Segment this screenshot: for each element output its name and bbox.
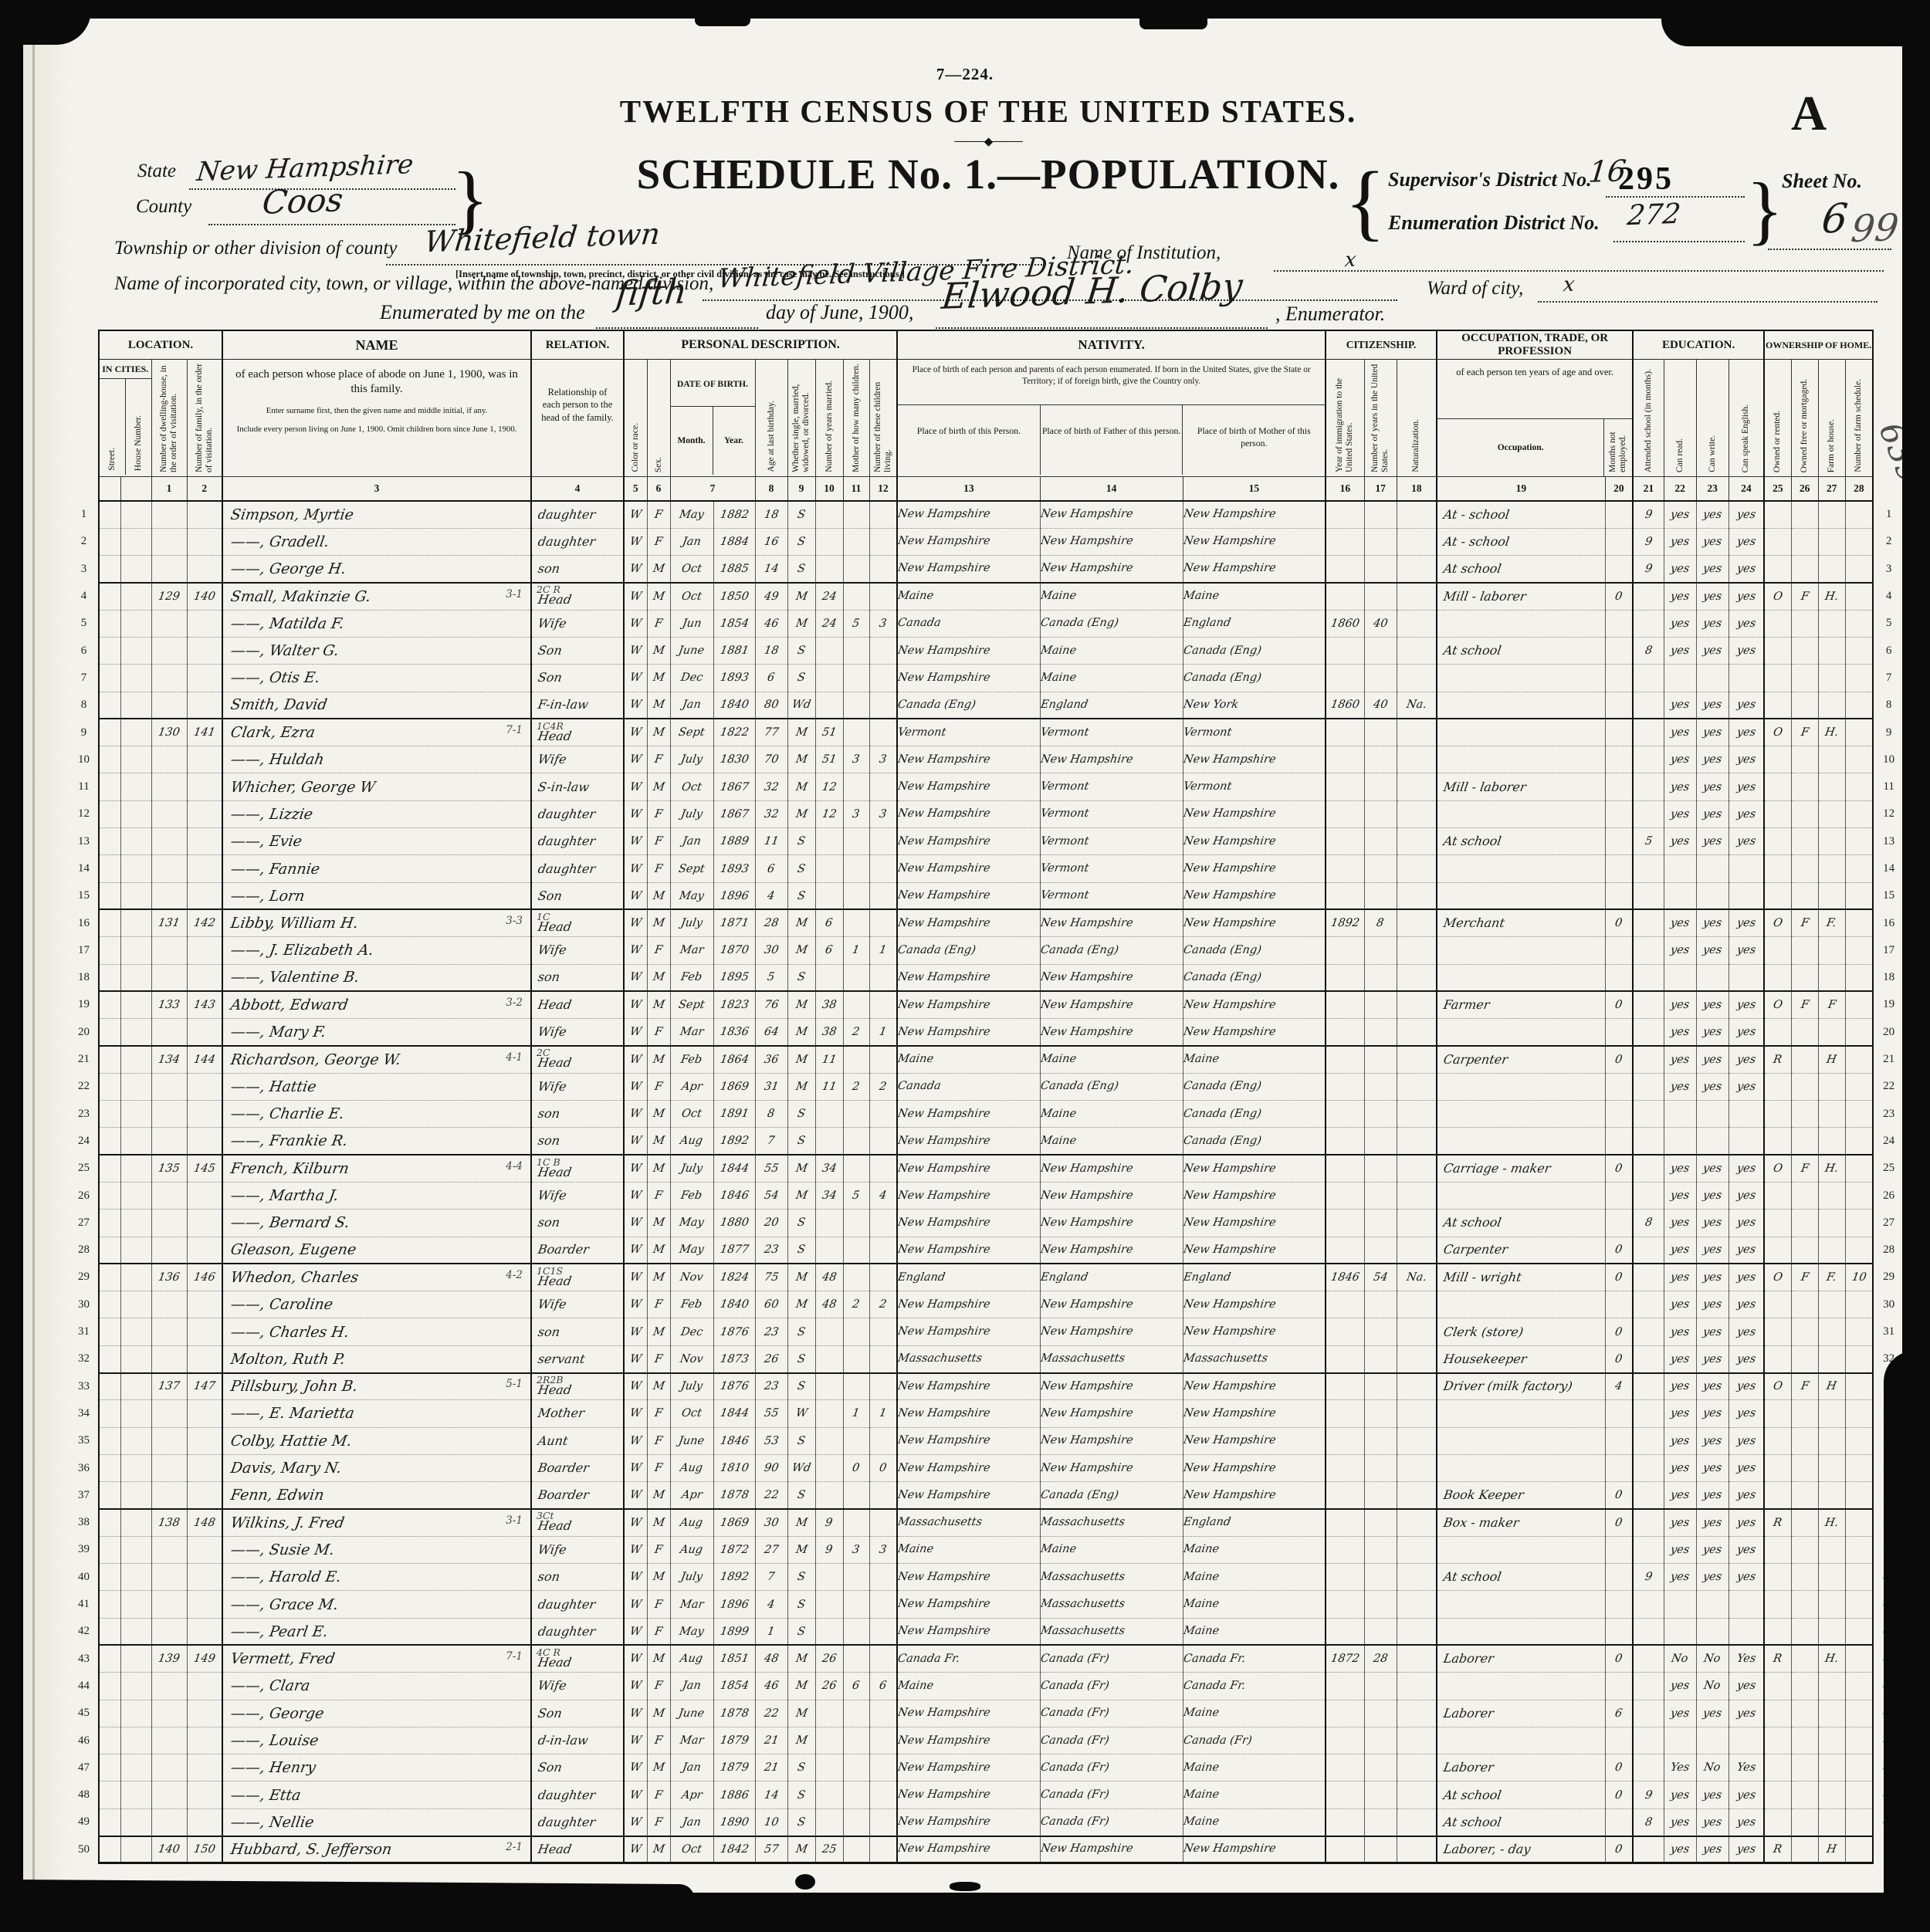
- cell-dw: 135: [151, 1155, 187, 1182]
- cell-mo: Mar: [670, 937, 713, 964]
- handwritten-value: yes: [1702, 808, 1723, 821]
- cell-mo: June: [670, 637, 713, 664]
- handwritten-value: Head: [531, 1274, 573, 1288]
- cell-occ: At - school: [1437, 501, 1605, 528]
- cell-rel: Wife: [531, 1073, 624, 1100]
- cell-sc: [1633, 1727, 1664, 1754]
- cell-ml: [869, 855, 897, 882]
- table-row: 8Smith, DavidF-in-lawWMJan184080WdCanada…: [69, 692, 1904, 719]
- cell-rel: Son: [531, 1754, 624, 1781]
- handwritten-value: New Hampshire: [897, 562, 991, 574]
- handwritten-value: New Hampshire: [1182, 1434, 1276, 1446]
- handwritten-value: M: [652, 1326, 665, 1338]
- cell-yu: [1364, 1482, 1397, 1509]
- cell-house: [120, 1536, 151, 1563]
- cell-dw: [151, 1237, 187, 1264]
- cell-street: [99, 1155, 120, 1182]
- handwritten-value: No: [1671, 1653, 1689, 1665]
- handwritten-value: 57: [764, 1843, 780, 1856]
- handwritten-value: Mar: [679, 1734, 705, 1747]
- cell-ow: [1764, 1536, 1791, 1563]
- handwritten-value: 1844: [719, 1407, 749, 1419]
- handwritten-value: Canada (Eng): [1039, 944, 1119, 956]
- handwritten-value: yes: [1670, 1216, 1691, 1229]
- table-row: 191331433-2Abbott, EdwardHeadWMSept18237…: [69, 991, 1904, 1018]
- cell-c: W: [624, 828, 647, 855]
- cell-fs: [1845, 1536, 1873, 1563]
- handwritten-value: Na.: [1406, 1271, 1427, 1284]
- enumerated-label-1: Enumerated by me on the: [380, 301, 585, 324]
- handwritten-value: 1880: [719, 1216, 749, 1229]
- cell-mo: Oct: [670, 773, 713, 800]
- handwritten-value: 11: [821, 1054, 838, 1066]
- cell-yr: 1842: [713, 1836, 755, 1863]
- cell-occ: [1437, 1182, 1605, 1209]
- row-number-left: 41: [69, 1591, 99, 1618]
- cell-fh: [1818, 828, 1845, 855]
- row-number-left: 47: [69, 1754, 99, 1781]
- cell-na: [1397, 1591, 1437, 1618]
- cell-ow: [1764, 1318, 1791, 1345]
- handwritten-value: yes: [1670, 781, 1691, 793]
- cell-fm: [1791, 800, 1818, 827]
- handwritten-value: ——, George H.: [222, 560, 347, 577]
- handwritten-value: W: [629, 1243, 642, 1256]
- cell-fpb: Massachusetts: [1040, 1345, 1183, 1372]
- cell-im: [1326, 800, 1364, 827]
- handwritten-value: New Hampshire: [1039, 1298, 1133, 1311]
- handwritten-value: Head: [531, 1382, 573, 1397]
- row-number-left: 4: [69, 583, 99, 610]
- cell-fh: [1818, 1754, 1845, 1781]
- cell-fh: [1818, 1210, 1845, 1237]
- handwritten-value: 6: [824, 944, 834, 956]
- handwritten-value: New Hampshire: [897, 1108, 991, 1120]
- cell-fpb: Vermont: [1040, 855, 1183, 882]
- handwritten-value: 1842: [719, 1843, 749, 1856]
- cell-ym: [815, 1400, 843, 1427]
- cell-sc: 8: [1633, 637, 1664, 664]
- cell-sc: 5: [1633, 828, 1664, 855]
- handwritten-value: M: [652, 1380, 665, 1392]
- cell-age: 80: [755, 692, 787, 719]
- cell-ml: [869, 501, 897, 528]
- enumerated-label-2: day of June, 1900,: [766, 301, 913, 324]
- handwritten-value: 36: [764, 1054, 780, 1066]
- cell-rel: Head: [531, 991, 624, 1018]
- handwritten-value: Vermont: [1039, 807, 1089, 820]
- cell-un: [1605, 1291, 1633, 1318]
- handwritten-value: yes: [1670, 1407, 1691, 1419]
- cell-house: [120, 637, 151, 664]
- handwritten-value: 1893: [719, 672, 749, 684]
- cell-im: 1860: [1326, 610, 1364, 637]
- row-number-left: 32: [69, 1345, 99, 1372]
- handwritten-value: 0: [1614, 1054, 1624, 1066]
- cell-sc: [1633, 1019, 1664, 1046]
- col-header-sex: Sex.: [647, 360, 670, 477]
- cell-fh: [1818, 1427, 1845, 1454]
- cell-mpb: Canada (Eng): [1183, 1073, 1326, 1100]
- cell-en: yes: [1729, 1400, 1764, 1427]
- handwritten-value: 53: [764, 1435, 780, 1447]
- cell-house: [120, 1264, 151, 1291]
- cell-name: ——, Henry: [222, 1754, 531, 1781]
- handwritten-value: 26: [764, 1353, 780, 1365]
- cell-ym: 51: [815, 746, 843, 773]
- cell-na: [1397, 1564, 1437, 1591]
- cell-age: 75: [755, 1264, 787, 1291]
- colnum-1: 1: [151, 477, 187, 502]
- cell-street: [99, 991, 120, 1018]
- cell-ml: [869, 1564, 897, 1591]
- cell-c: W: [624, 1727, 647, 1754]
- cell-fs: [1845, 800, 1873, 827]
- handwritten-value: Massachusetts: [897, 1516, 983, 1528]
- cell-wr: yes: [1696, 746, 1729, 773]
- handwritten-value: F: [654, 1026, 664, 1038]
- handwritten-value: New Hampshire: [897, 917, 991, 929]
- cell-fh: [1818, 773, 1845, 800]
- cell-fpb: New Hampshire: [1040, 1373, 1183, 1400]
- handwritten-value: M: [652, 1271, 665, 1284]
- cell-wr: yes: [1696, 1019, 1729, 1046]
- cell-occ: [1437, 1073, 1605, 1100]
- cell-na: [1397, 828, 1437, 855]
- cell-ow: [1764, 1073, 1791, 1100]
- cell-mb: 3: [843, 800, 869, 827]
- cell-ow: [1764, 610, 1791, 637]
- handwritten-value: England: [1039, 1271, 1089, 1284]
- handwritten-value: Maine: [897, 1680, 935, 1692]
- handwritten-value: Maine: [1039, 645, 1077, 657]
- handwritten-value: yes: [1735, 1707, 1756, 1720]
- handwritten-value: 1860: [1330, 699, 1360, 711]
- handwritten-value: 90: [764, 1462, 780, 1474]
- cell-rel: daughter: [531, 855, 624, 882]
- cell-ym: [815, 501, 843, 528]
- cell-m: S: [787, 1809, 815, 1836]
- handwritten-value: yes: [1670, 1271, 1691, 1284]
- cell-yu: [1364, 1727, 1397, 1754]
- cell-ym: [815, 1237, 843, 1264]
- handwritten-value: 31: [764, 1081, 780, 1093]
- cell-dw: [151, 746, 187, 773]
- cell-mpb: Maine: [1183, 1618, 1326, 1645]
- handwritten-value: yes: [1702, 1789, 1723, 1802]
- cell-dw: [151, 1073, 187, 1100]
- cell-yu: [1364, 1700, 1397, 1727]
- cell-sc: 8: [1633, 1809, 1664, 1836]
- table-row: 32Molton, Ruth P.servantWFNov187326SMass…: [69, 1345, 1904, 1372]
- cell-age: 49: [755, 583, 787, 610]
- row-number-left: 26: [69, 1182, 99, 1209]
- cell-ml: 1: [869, 937, 897, 964]
- cell-na: [1397, 556, 1437, 583]
- cell-yr: 1893: [713, 665, 755, 692]
- cell-wr: yes: [1696, 1427, 1729, 1454]
- cell-ow: [1764, 1482, 1791, 1509]
- cell-un: [1605, 1128, 1633, 1155]
- table-row: 48——, EttadaughterWFApr188614SNew Hampsh…: [69, 1781, 1904, 1809]
- handwritten-value: Laborer: [1437, 1706, 1495, 1721]
- handwritten-value: Maine: [1039, 1135, 1077, 1147]
- cell-wr: [1696, 882, 1729, 909]
- cell-ml: [869, 1836, 897, 1863]
- handwritten-value: Canada (Fr): [1039, 1761, 1109, 1774]
- handwritten-value: Apr: [680, 1789, 703, 1802]
- cell-ml: 1: [869, 1400, 897, 1427]
- cell-dw: [151, 501, 187, 528]
- cell-im: [1326, 1700, 1364, 1727]
- table-row: 26——, Martha J.WifeWFFeb184654M3454New H…: [69, 1182, 1904, 1209]
- colnum-8: 8: [755, 477, 787, 502]
- cell-fm: [1791, 1536, 1818, 1563]
- cell-fh: [1818, 1073, 1845, 1100]
- cell-na: [1397, 1291, 1437, 1318]
- handwritten-value: 20: [764, 1216, 780, 1229]
- cell-name: Simpson, Myrtie: [222, 501, 531, 528]
- cell-ow: [1764, 1427, 1791, 1454]
- cell-s: M: [647, 1373, 670, 1400]
- cell-mb: [843, 1237, 869, 1264]
- cell-street: [99, 1264, 120, 1291]
- cell-house: [120, 610, 151, 637]
- cell-yr: 1878: [713, 1482, 755, 1509]
- handwritten-value: New Hampshire: [1039, 1026, 1133, 1038]
- handwritten-value: 1871: [719, 917, 749, 929]
- cell-c: W: [624, 1237, 647, 1264]
- handwritten-value: M: [794, 590, 808, 603]
- cell-c: W: [624, 1318, 647, 1345]
- cell-en: yes: [1729, 528, 1764, 555]
- cell-s: M: [647, 692, 670, 719]
- cell-street: [99, 1781, 120, 1809]
- handwritten-value: F: [1800, 1162, 1810, 1175]
- handwritten-value: yes: [1702, 1489, 1723, 1501]
- handwritten-value: New Hampshire: [1039, 508, 1133, 520]
- cell-occ: [1437, 1673, 1605, 1700]
- cell-rel: Boarder: [531, 1482, 624, 1509]
- cell-en: yes: [1729, 1291, 1764, 1318]
- cell-m: M: [787, 1046, 815, 1073]
- row-number-left: 29: [69, 1264, 99, 1291]
- cell-yr: 1885: [713, 556, 755, 583]
- row-number-left: 34: [69, 1400, 99, 1427]
- handwritten-value: 0: [852, 1462, 861, 1474]
- cell-rel: son: [531, 1564, 624, 1591]
- handwritten-value: Wd: [791, 1462, 812, 1474]
- handwritten-value: 5: [852, 617, 861, 630]
- cell-na: [1397, 1700, 1437, 1727]
- handwritten-value: 48: [764, 1653, 780, 1665]
- cell-mb: [843, 773, 869, 800]
- handwritten-value: ——, Grace M.: [222, 1596, 340, 1613]
- handwritten-value: New York: [1182, 699, 1239, 711]
- cell-occ: Laborer: [1437, 1645, 1605, 1672]
- cell-dw: [151, 1809, 187, 1836]
- col-header-family-number: Number of family, in the order of visita…: [187, 360, 222, 477]
- cell-rel: 2C RHead: [531, 583, 624, 610]
- group-education: EDUCATION.: [1633, 330, 1764, 360]
- handwritten-value: yes: [1670, 509, 1691, 521]
- row-number-right: 23: [1873, 1101, 1904, 1128]
- cell-rd: yes: [1664, 1809, 1696, 1836]
- cell-sc: [1633, 1836, 1664, 1863]
- cell-s: F: [647, 1019, 670, 1046]
- cell-na: [1397, 1454, 1437, 1481]
- row-number-left: 44: [69, 1673, 99, 1700]
- handwritten-value: Massachusetts: [1182, 1352, 1268, 1365]
- cell-fam: [187, 1482, 222, 1509]
- cell-mb: [843, 501, 869, 528]
- handwritten-value: 1854: [719, 617, 749, 630]
- cell-age: 21: [755, 1754, 787, 1781]
- cell-wr: [1696, 1101, 1729, 1128]
- handwritten-value: M: [652, 1108, 665, 1120]
- handwritten-value: yes: [1670, 835, 1691, 848]
- cell-ow: R: [1764, 1645, 1791, 1672]
- row-number-left: 9: [69, 719, 99, 746]
- cell-name: ——, J. Elizabeth A.: [222, 937, 531, 964]
- handwritten-value: yes: [1735, 1380, 1756, 1392]
- handwritten-value: Oct: [681, 1843, 703, 1856]
- handwritten-value: yes: [1702, 645, 1723, 657]
- handwritten-value: England: [1039, 699, 1089, 711]
- cell-yr: 1899: [713, 1618, 755, 1645]
- cell-ml: 3: [869, 1536, 897, 1563]
- cell-en: yes: [1729, 937, 1764, 964]
- cell-un: 6: [1605, 1700, 1633, 1727]
- handwritten-value: M: [794, 753, 808, 766]
- row-number-right: 21: [1873, 1046, 1904, 1073]
- handwritten-value: Canada Fr.: [897, 1653, 961, 1665]
- cell-rd: [1664, 665, 1696, 692]
- handwritten-value: son: [531, 969, 561, 984]
- cell-ml: [869, 1210, 897, 1237]
- cell-street: [99, 1182, 120, 1209]
- cell-mo: July: [670, 1564, 713, 1591]
- handwritten-value: yes: [1735, 536, 1756, 548]
- cell-occ: [1437, 719, 1605, 746]
- cell-rel: Boarder: [531, 1454, 624, 1481]
- handwritten-value: 5: [852, 1189, 861, 1202]
- handwritten-value: Oct: [681, 563, 703, 575]
- handwritten-value: Maine: [897, 1053, 935, 1065]
- cell-dw: [151, 773, 187, 800]
- cell-street: [99, 1046, 120, 1073]
- cell-age: 14: [755, 1781, 787, 1809]
- cell-yu: [1364, 1564, 1397, 1591]
- cell-mpb: New Hampshire: [1183, 1373, 1326, 1400]
- cell-ml: 3: [869, 610, 897, 637]
- col-header-can-write: Can write.: [1696, 360, 1729, 477]
- cell-m: M: [787, 1155, 815, 1182]
- cell-na: [1397, 855, 1437, 882]
- cell-fpb: Vermont: [1040, 800, 1183, 827]
- cell-house: [120, 1564, 151, 1591]
- cell-yu: [1364, 964, 1397, 991]
- handwritten-value: New Hampshire: [1039, 535, 1133, 547]
- handwritten-value: yes: [1670, 1489, 1691, 1501]
- cell-fam: [187, 1781, 222, 1809]
- cell-fh: [1818, 1591, 1845, 1618]
- handwritten-value: F: [654, 1189, 664, 1202]
- cell-occ: Carriage - maker: [1437, 1155, 1605, 1182]
- cell-s: F: [647, 855, 670, 882]
- handwritten-value: July: [680, 1571, 704, 1583]
- cell-mb: [843, 1754, 869, 1781]
- handwritten-value: Son: [531, 888, 564, 903]
- cell-m: M: [787, 1509, 815, 1536]
- handwritten-value: Book Keeper: [1437, 1487, 1525, 1502]
- cell-rel: Head: [531, 1836, 624, 1863]
- cell-m: Wd: [787, 692, 815, 719]
- cell-un: 4: [1605, 1373, 1633, 1400]
- handwritten-value: 2: [879, 1298, 888, 1311]
- cell-sc: [1633, 1073, 1664, 1100]
- cell-yu: [1364, 800, 1397, 827]
- cell-yr: 1840: [713, 1291, 755, 1318]
- cell-un: [1605, 1182, 1633, 1209]
- cell-ym: 9: [815, 1509, 843, 1536]
- cell-fs: [1845, 1155, 1873, 1182]
- handwritten-value: O: [1773, 1162, 1783, 1175]
- handwritten-value: Head: [531, 1655, 573, 1670]
- cell-street: [99, 882, 120, 909]
- handwritten-value: yes: [1735, 645, 1756, 657]
- handwritten-value: 1869: [719, 1081, 749, 1093]
- cell-sc: [1633, 1618, 1664, 1645]
- cell-na: [1397, 1155, 1437, 1182]
- cell-ow: [1764, 828, 1791, 855]
- cell-ml: [869, 882, 897, 909]
- cell-dw: [151, 964, 187, 991]
- cell-im: [1326, 828, 1364, 855]
- cell-c: W: [624, 1128, 647, 1155]
- cell-rel: 2R2BHead: [531, 1373, 624, 1400]
- cell-ow: O: [1764, 719, 1791, 746]
- table-row: 46——, Louised-in-lawWFMar187921MNew Hamp…: [69, 1727, 1904, 1754]
- cell-fam: [187, 1454, 222, 1481]
- handwritten-value: Colby, Hattie M.: [222, 1433, 353, 1450]
- cell-yr: 1851: [713, 1645, 755, 1672]
- cell-house: [120, 1345, 151, 1372]
- cell-en: yes: [1729, 1237, 1764, 1264]
- cell-fh: [1818, 1536, 1845, 1563]
- cell-occ: Mill - wright: [1437, 1264, 1605, 1291]
- cell-yu: [1364, 1427, 1397, 1454]
- handwritten-value: 48: [821, 1271, 838, 1284]
- cell-mb: [843, 528, 869, 555]
- handwritten-value: Mar: [679, 1599, 705, 1611]
- cell-fh: [1818, 528, 1845, 555]
- cell-c: W: [624, 1454, 647, 1481]
- cell-m: S: [787, 665, 815, 692]
- handwritten-value: Wife: [531, 616, 568, 631]
- cell-rd: yes: [1664, 1155, 1696, 1182]
- handwritten-value: 77: [764, 726, 780, 739]
- cell-c: W: [624, 1754, 647, 1781]
- cell-wr: yes: [1696, 1781, 1729, 1809]
- cell-fpb: Maine: [1040, 665, 1183, 692]
- cell-mb: [843, 1128, 869, 1155]
- cell-c: W: [624, 855, 647, 882]
- handwritten-value: New Hampshire: [897, 1216, 991, 1229]
- handwritten-value: 23: [764, 1243, 780, 1256]
- cell-mb: [843, 1645, 869, 1672]
- handwritten-value: Canada (Fr): [1039, 1734, 1109, 1747]
